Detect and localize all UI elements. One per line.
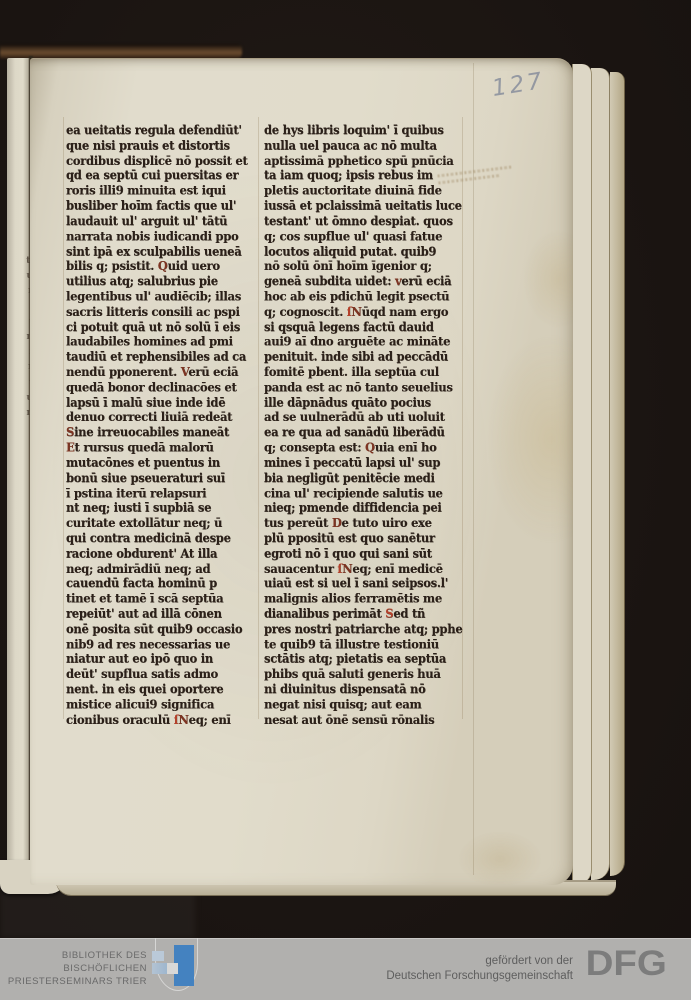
footer-bar: BIBLIOTHEK DES BISCHÖFLICHEN PRIESTERSEM… xyxy=(0,938,691,1000)
manuscript-line: te quib9 tā illustre testioniū xyxy=(264,637,460,652)
manuscript-line: tus pereūt De tuto uiro exe xyxy=(264,516,460,531)
manuscript-line: utilius atq; salubrius pie xyxy=(66,274,258,289)
manuscript-line: ea re qua ad sanādū liberādū xyxy=(264,425,460,440)
logo-square-icon xyxy=(152,951,164,961)
manuscript-line: mistice alicui9 significa xyxy=(66,697,258,712)
logo-notch xyxy=(167,963,178,974)
manuscript-line: niatur aut eo ipō quo in xyxy=(66,652,258,667)
manuscript-line: bia negligūt penitēcie medi xyxy=(264,471,460,486)
library-name: BIBLIOTHEK DES BISCHÖFLICHEN PRIESTERSEM… xyxy=(0,949,147,988)
manuscript-line: plū ppositū est quo sanētur xyxy=(264,531,460,546)
text-column-left: ea ueitatis regula defendiūt'que nisi pr… xyxy=(66,123,258,727)
manuscript-line: neq; admirādiū neq; ad xyxy=(66,561,258,576)
manuscript-line: malignis alios ferramētis me xyxy=(264,591,460,606)
manuscript-line: q; cognoscit. ſNūqd nam ergo xyxy=(264,304,460,319)
manuscript-line: sauacentur ſNeq; enī medicē xyxy=(264,561,460,576)
manuscript-line: locutos aliquid putat. quib9 xyxy=(264,244,460,259)
manuscript-line: q; cos supflue ul' quasi fatue xyxy=(264,229,460,244)
manuscript-line: dianalibus perimāt Sed tñ xyxy=(264,606,460,621)
manuscript-line: si qsquā legens factū dauid xyxy=(264,319,460,334)
manuscript-line: cina ul' recipiende salutis ue xyxy=(264,486,460,501)
column-rule xyxy=(258,117,259,719)
manuscript-line: aui9 aī dno arguēte ac mināte xyxy=(264,335,460,350)
dfg-credit-line: Deutschen Forschungsgemeinschaft xyxy=(386,969,573,984)
library-name-line: PRIESTERSEMINARS TRIER xyxy=(0,975,147,988)
manuscript-line: aptissimā pphetico spū pnūcia xyxy=(264,153,460,168)
manuscript-line: tinet et tamē ī scā septūa xyxy=(66,591,258,606)
page-edge xyxy=(591,68,610,880)
library-name-line: BIBLIOTHEK DES xyxy=(0,949,147,962)
manuscript-line: nt neq; iusti ī supbiā se xyxy=(66,501,258,516)
library-shield-icon xyxy=(150,941,206,999)
manuscript-line: pletis auctoritate diuinā fide xyxy=(264,183,460,198)
manuscript-line: bonū siue pseueraturi suī xyxy=(66,471,258,486)
manuscript-line: narrata nobis iudicandi ppo xyxy=(66,229,258,244)
manuscript-line: phibs quā saluti generis huā xyxy=(264,667,460,682)
manuscript-line: ci potuit quā ut nō solū ī eis xyxy=(66,319,258,334)
manuscript-scan: t'urıtnſrtunı 127 ea ueitatis regula def… xyxy=(0,0,691,1000)
manuscript-line: negat nisi quisq; aut eam xyxy=(264,697,460,712)
manuscript-line: onē posita sūt quib9 occasio xyxy=(66,622,258,637)
manuscript-line: Et rursus quedā malorū xyxy=(66,440,258,455)
manuscript-line: denuo correcti liuiā redeāt xyxy=(66,410,258,425)
manuscript-line: mines ī peccatū lapsi ul' sup xyxy=(264,455,460,470)
manuscript-line: qui contra medicinā despe xyxy=(66,531,258,546)
manuscript-line: iussā et pclaissimā ueitatis luce xyxy=(264,199,460,214)
manuscript-line: sint ipā ex sculpabilis ueneā xyxy=(66,244,258,259)
manuscript-line: cordibus displicē nō possit et xyxy=(66,153,258,168)
manuscript-line: egroti nō ī quo qui sani sūt xyxy=(264,546,460,561)
manuscript-line: penituit. inde sibi ad peccādū xyxy=(264,350,460,365)
manuscript-line: q; consepta est: Quia enī ho xyxy=(264,440,460,455)
manuscript-line: bilis q; psistit. Quid uero xyxy=(66,259,258,274)
manuscript-line: sacris litteris consili ac pspi xyxy=(66,304,258,319)
manuscript-line: ille dāpnādus quāto pocius xyxy=(264,395,460,410)
dfg-credit-line: gefördert von der xyxy=(386,954,573,969)
manuscript-line: Sine irreuocabiles maneāt xyxy=(66,425,258,440)
manuscript-line: cionibus oraculū ſNeq; enī xyxy=(66,712,258,727)
manuscript-line: fomitē pbent. illa septūa cul xyxy=(264,365,460,380)
facing-page-edge: t'urıtnſrtunı xyxy=(7,58,30,870)
manuscript-line: geneā subdita uidet: verū eciā xyxy=(264,274,460,289)
manuscript-line: sctātis atq; pietatis ea septūa xyxy=(264,652,460,667)
manuscript-line: legentibus ul' audiēcib; illas xyxy=(66,289,258,304)
text-column-right: de hys libris loquim' ī quibusnulla uel … xyxy=(264,123,460,727)
page-crease xyxy=(473,63,474,875)
manuscript-line: roris illi9 minuita est iqui xyxy=(66,183,258,198)
manuscript-line: qd ea septū cui puersitas er xyxy=(66,168,258,183)
manuscript-line: laudauit ul' arguit ul' tātū xyxy=(66,214,258,229)
manuscript-line: ī pstina iterū relapsuri xyxy=(66,486,258,501)
manuscript-line: nō solū ōnī hoīm īgenior q; xyxy=(264,259,460,274)
page-edge xyxy=(572,64,592,884)
dfg-credit: gefördert von der Deutschen Forschungsge… xyxy=(386,954,573,983)
manuscript-line: testant' ut ōmno despiat. quos xyxy=(264,214,460,229)
page-stack-right-edges xyxy=(572,62,628,886)
manuscript-line: ea ueitatis regula defendiūt' xyxy=(66,123,258,138)
manuscript-line: ta iam quoq; ipsis rebus im xyxy=(264,168,460,183)
manuscript-line: que nisi prauis et distortis xyxy=(66,138,258,153)
manuscript-line: hoc ab eis pdichū legit psectū xyxy=(264,289,460,304)
manuscript-line: lapsū ī malū siue inde idē xyxy=(66,395,258,410)
manuscript-line: deūt' supflua satis admo xyxy=(66,667,258,682)
manuscript-line: mutacōnes et puentus in xyxy=(66,455,258,470)
page-edge xyxy=(610,72,625,876)
manuscript-line: ad se uulnerādū ab uti uoluit xyxy=(264,410,460,425)
manuscript-line: de hys libris loquim' ī quibus xyxy=(264,123,460,138)
manuscript-line: uiaū est si uel ī sani seipsos.l' xyxy=(264,576,460,591)
manuscript-line: ni diuinitus dispensatā nō xyxy=(264,682,460,697)
manuscript-line: racione obdurent' At illa xyxy=(66,546,258,561)
manuscript-line: nesat aut ōnē sensū rōnalis xyxy=(264,712,460,727)
dfg-logo: DFG xyxy=(586,944,667,984)
manuscript-line: repeiūt' aut ad illā cōnen xyxy=(66,606,258,621)
manuscript-line: panda est ac nō tanto seuelius xyxy=(264,380,460,395)
manuscript-line: curitate extollātur neq; ū xyxy=(66,516,258,531)
library-name-line: BISCHÖFLICHEN xyxy=(0,962,147,975)
column-rule xyxy=(63,117,64,719)
manuscript-line: nent. in eis quei oportere xyxy=(66,682,258,697)
manuscript-line: nendū pponerent. Verū eciā xyxy=(66,365,258,380)
manuscript-line: cauendū facta hominū p xyxy=(66,576,258,591)
manuscript-line: pres nostri patriarche atq; pphe xyxy=(264,622,460,637)
manuscript-line: busliber hoīm factis que ul' xyxy=(66,199,258,214)
book-binding-edge xyxy=(0,44,242,59)
manuscript-line: nieq; pmende diffidencia pei xyxy=(264,501,460,516)
manuscript-line: laudabiles homines ad pmi xyxy=(66,335,258,350)
manuscript-line: quedā bonor declinacōes et xyxy=(66,380,258,395)
manuscript-line: nulla uel pauca ac nō multa xyxy=(264,138,460,153)
manuscript-line: taudiū et rephensibiles ad ca xyxy=(66,350,258,365)
manuscript-line: nib9 ad res necessarias ue xyxy=(66,637,258,652)
